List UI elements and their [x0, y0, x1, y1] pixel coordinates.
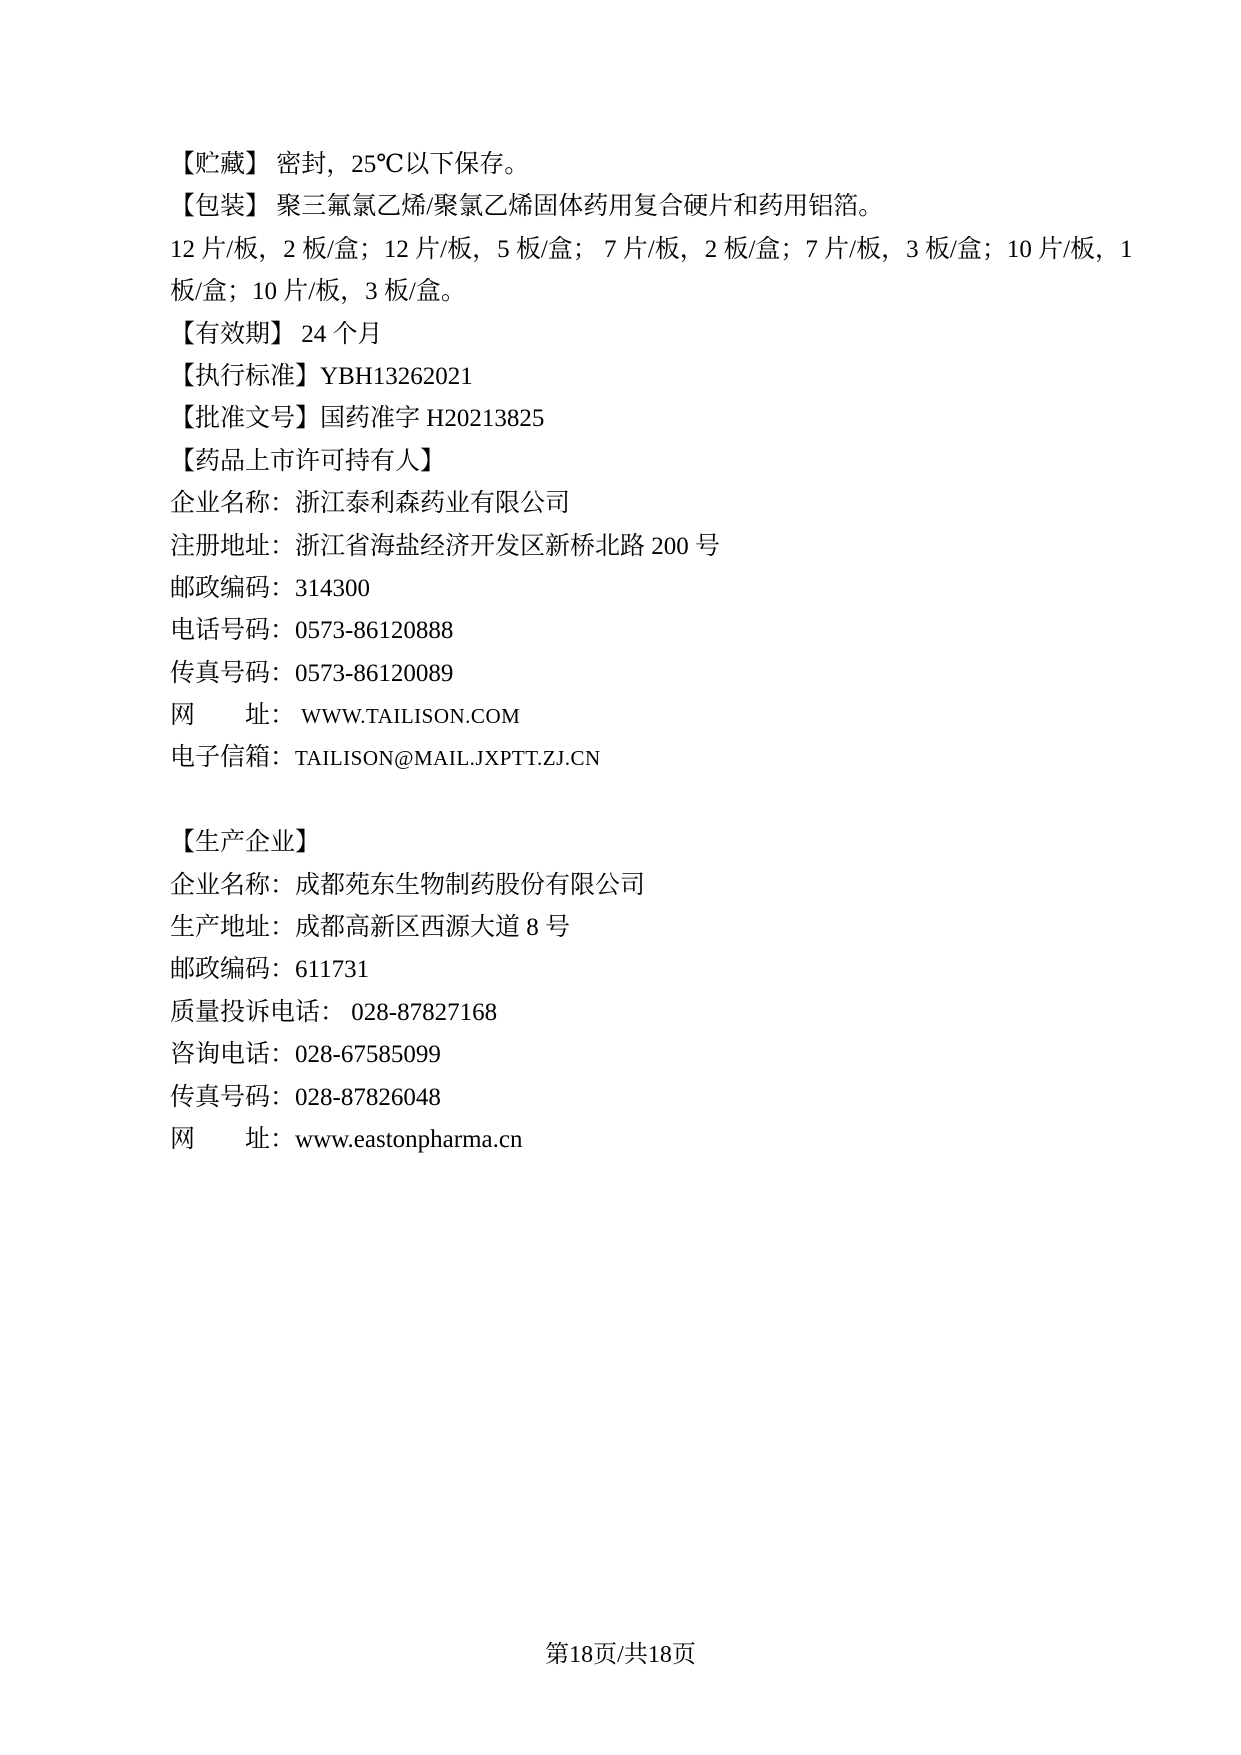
mah-postcode-label: 邮政编码： — [170, 575, 295, 602]
mah-website-line: 网 址： WWW.TAILISON.COM — [170, 695, 1080, 737]
mfr-quality-phone-label: 质量投诉电话： — [170, 999, 345, 1026]
mfr-address-value: 成都高新区西源大道 8 号 — [295, 914, 570, 941]
document-page: 【贮藏】 密封，25℃以下保存。 【包装】 聚三氟氯乙烯/聚氯乙烯固体药用复合硬… — [0, 0, 1241, 1755]
validity-label: 【有效期】 — [170, 321, 295, 348]
approval-value: 国药准字 H20213825 — [320, 405, 544, 432]
mah-fax-label: 传真号码： — [170, 660, 295, 687]
mah-website-value: WWW.TAILISON.COM — [301, 704, 520, 728]
storage-line: 【贮藏】 密封，25℃以下保存。 — [170, 144, 1080, 186]
mah-company-label: 企业名称： — [170, 490, 295, 517]
manufacturer-header: 【生产企业】 — [170, 822, 1080, 864]
mah-fax-line: 传真号码：0573-86120089 — [170, 653, 1080, 695]
mfr-quality-phone-line: 质量投诉电话： 028-87827168 — [170, 992, 1080, 1034]
mah-email-line: 电子信箱：TAILISON@MAIL.JXPTT.ZJ.CN — [170, 737, 1080, 779]
storage-value: 密封，25℃以下保存。 — [276, 151, 529, 178]
mah-phone-label: 电话号码： — [170, 617, 295, 644]
mah-header: 【药品上市许可持有人】 — [170, 441, 1080, 483]
mfr-postcode-label: 邮政编码： — [170, 956, 295, 983]
mah-email-label: 电子信箱： — [170, 744, 295, 771]
mah-website-label: 网 址： — [170, 702, 295, 729]
mah-postcode-value: 314300 — [295, 575, 370, 602]
packaging-value: 聚三氟氯乙烯/聚氯乙烯固体药用复合硬片和药用铝箔。 — [276, 193, 883, 220]
mah-postcode-line: 邮政编码：314300 — [170, 568, 1080, 610]
mah-address-line: 注册地址：浙江省海盐经济开发区新桥北路 200 号 — [170, 526, 1080, 568]
mfr-consult-phone-value: 028-67585099 — [295, 1041, 441, 1068]
mfr-consult-phone-line: 咨询电话：028-67585099 — [170, 1034, 1080, 1076]
mfr-quality-phone-value: 028-87827168 — [351, 999, 497, 1026]
mfr-website-value: www.eastonpharma.cn — [295, 1126, 522, 1153]
mfr-company-value: 成都苑东生物制药股份有限公司 — [295, 872, 645, 899]
approval-line: 【批准文号】国药准字 H20213825 — [170, 398, 1080, 440]
mah-company-value: 浙江泰利森药业有限公司 — [295, 490, 570, 517]
mah-phone-value: 0573-86120888 — [295, 617, 453, 644]
packaging-label: 【包装】 — [170, 193, 270, 220]
mfr-website-label: 网 址： — [170, 1126, 295, 1153]
mfr-postcode-line: 邮政编码：611731 — [170, 949, 1080, 991]
document-content: 【贮藏】 密封，25℃以下保存。 【包装】 聚三氟氯乙烯/聚氯乙烯固体药用复合硬… — [170, 144, 1080, 1161]
mfr-consult-phone-label: 咨询电话： — [170, 1041, 295, 1068]
packaging-detail-line2: 板/盒；10 片/板，3 板/盒。 — [170, 271, 1080, 313]
validity-value: 24 个月 — [301, 321, 382, 348]
standard-value: YBH13262021 — [320, 363, 473, 390]
mah-fax-value: 0573-86120089 — [295, 660, 453, 687]
storage-label: 【贮藏】 — [170, 151, 270, 178]
mfr-postcode-value: 611731 — [295, 956, 369, 983]
mah-email-value: TAILISON@MAIL.JXPTT.ZJ.CN — [295, 746, 601, 770]
mah-address-value: 浙江省海盐经济开发区新桥北路 200 号 — [295, 533, 720, 560]
mfr-fax-line: 传真号码：028-87826048 — [170, 1077, 1080, 1119]
validity-line: 【有效期】 24 个月 — [170, 314, 1080, 356]
mfr-company-label: 企业名称： — [170, 872, 295, 899]
mfr-fax-label: 传真号码： — [170, 1084, 295, 1111]
packaging-detail-line1: 12 片/板，2 板/盒；12 片/板，5 板/盒； 7 片/板，2 板/盒；7… — [170, 229, 1080, 271]
mfr-fax-value: 028-87826048 — [295, 1084, 441, 1111]
approval-label: 【批准文号】 — [170, 405, 320, 432]
mfr-address-line: 生产地址：成都高新区西源大道 8 号 — [170, 907, 1080, 949]
mfr-address-label: 生产地址： — [170, 914, 295, 941]
mfr-company-line: 企业名称：成都苑东生物制药股份有限公司 — [170, 865, 1080, 907]
packaging-line: 【包装】 聚三氟氯乙烯/聚氯乙烯固体药用复合硬片和药用铝箔。 — [170, 186, 1080, 228]
mah-address-label: 注册地址： — [170, 533, 295, 560]
mfr-website-line: 网 址：www.eastonpharma.cn — [170, 1119, 1080, 1161]
standard-line: 【执行标准】YBH13262021 — [170, 356, 1080, 398]
standard-label: 【执行标准】 — [170, 363, 320, 390]
page-number-footer: 第18页/共18页 — [0, 1634, 1241, 1676]
blank-line — [170, 780, 1080, 822]
mah-company-line: 企业名称：浙江泰利森药业有限公司 — [170, 483, 1080, 525]
mah-phone-line: 电话号码：0573-86120888 — [170, 610, 1080, 652]
